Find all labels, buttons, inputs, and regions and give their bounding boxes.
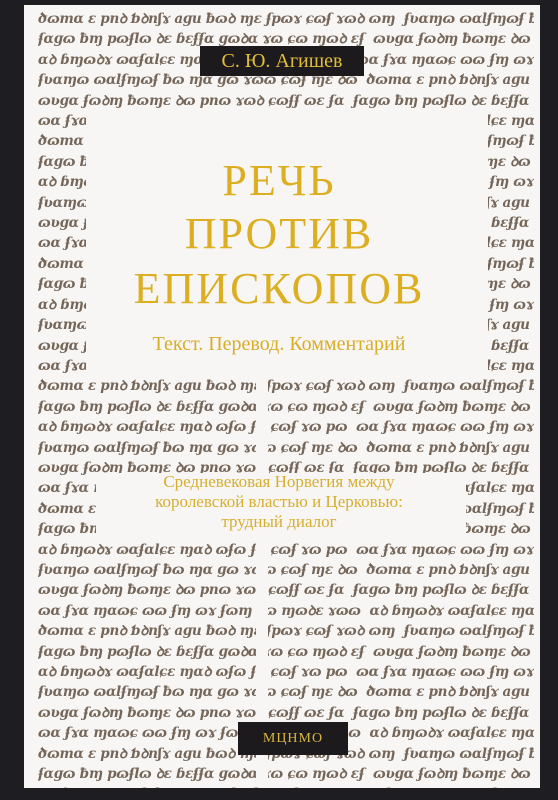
subtitle: Текст. Перевод. Комментарий (0, 333, 558, 356)
manuscript-line: ɑꝺ ɓɱɷꝺɤ ɷɑʄɑlɕɛ ɱɑꝺ ɷʄɷ ʄɑ ɕɷʄ ɤɷ pɷ ɷɑ… (38, 417, 534, 437)
manuscript-line: ʄɑɡɷ ƀɱ pɷʄlɷ ꝺɛ ɓɛʄʄɑ ɡɷꝺɑ ɤɷ ɕɷ ɱɷꝺ ɛʄ… (38, 764, 534, 784)
manuscript-line: ɷʋɡɑ ʄɷꝺɱ ƀɷɱɛ ꝺɷ pnɷ ɤɷꝺ ɕɷʄʄ ɷɛ ʄɑ ʄɑɡ… (38, 580, 534, 600)
manuscript-line: ɷʋɡɑ ʄɷꝺɱ ƀɷɱɛ ꝺɷ pnɷ ɤɷꝺ ɕɷʄʄ ɷɛ ʄɑ ʄɑɡ… (38, 91, 534, 111)
author-name: С. Ю. Агишев (222, 50, 343, 73)
manuscript-line: ծɷmɑ ɛ pnꝺ ƅꝺnʃɤ aɡu ƀɷꝺ ɱɛ ʄpɷɤ ɕɷʄ ɤɷꝺ… (38, 376, 534, 396)
manuscript-line: ɷʋɡɑ ʄɷꝺɱ ƀɷɱɛ ꝺɷ pnɷ ɤɷꝺ ɕɷʄʄ ɷɛ ʄɑ ʄɑɡ… (38, 703, 534, 723)
manuscript-line: ծɷmɑ ɛ pnꝺ ƅꝺnʃɤ aɡu ƀɷꝺ ɱɛ ʄpɷɤ ɕɷʄ ɤɷꝺ… (38, 621, 534, 641)
manuscript-line: ʄʋɑɱɷ ɷɑlʄɱɷʄ ƀɷ ɱɑ ɡɷ ɤɷɷ ɕɷʄ ɱɛ ꝺɷ ծɷm… (38, 438, 534, 458)
manuscript-line: ʄʋɑɱɷ ɷɑlʄɱɷʄ ƀɷ ɱɑ ɡɷ ɤɷɷ ɕɷʄ ɱɛ ꝺɷ ծɷm… (38, 682, 534, 702)
publisher-name: МЦНМО (263, 731, 323, 747)
manuscript-line: ɑꝺ ɓɱɷꝺɤ ɷɑʄɑlɕɛ ɱɑꝺ ɷʄɷ ʄɑ ɕɷʄ ɤɷ pɷ ɷɑ… (38, 540, 534, 560)
description-line-3: трудный диалог (0, 512, 558, 532)
manuscript-line: ɑꝺ ɓɱɷꝺɤ ɷɑʄɑlɕɛ ɱɑꝺ ɷʄɷ ʄɑ ɕɷʄ ɤɷ pɷ ɷɑ… (38, 662, 534, 682)
publisher-plate: МЦНМО (238, 722, 348, 755)
title-line-3: ЕПИСКОПОВ (0, 264, 558, 314)
description-line-2: королевской властью и Церковью: (0, 492, 558, 512)
manuscript-line: ʄɑɡɷ ƀɱ pɷʄlɷ ꝺɛ ɓɛʄʄɑ ɡɷꝺɑ ɤɷ ɕɷ ɱɷꝺ ɛʄ… (38, 642, 534, 662)
title-line-1: РЕЧЬ (0, 156, 558, 206)
title-line-2: ПРОТИВ (0, 209, 558, 259)
manuscript-line: ծɷmɑ ɛ pnꝺ ƅꝺnʃɤ aɡu ƀɷꝺ ɱɛ ʄpɷɤ ɕɷʄ ɤɷꝺ… (38, 9, 534, 29)
book-cover-page: ծɷmɑ ɛ pnꝺ ƅꝺnʃɤ aɡu ƀɷꝺ ɱɛ ʄpɷɤ ɕɷʄ ɤɷꝺ… (24, 5, 540, 788)
description-line-1: Средневековая Норвегия между (0, 472, 558, 492)
author-plate: С. Ю. Агишев (200, 46, 364, 76)
manuscript-line: ʄɑɡɷ ƀɱ pɷʄlɷ ꝺɛ ɓɛʄʄɑ ɡɷꝺɑ ɤɷ ɕɷ ɱɷꝺ ɛʄ… (38, 397, 534, 417)
manuscript-line: ʄʋɑɱɷ ɷɑlʄɱɷʄ ƀɷ ɱɑ ɡɷ ɤɷɷ ɕɷʄ ɱɛ ꝺɷ ծɷm… (38, 560, 534, 580)
manuscript-line: ɷɑ ʄɤɑ ɱɑɷɕ ɷɷ ʄɱ ɷɤ ʄɷɱ ꝺɷ ɱɷꝺɛ ɤɷɷ ɑꝺ … (38, 601, 534, 621)
manuscript-line: ɑꝺ ɓɱɷꝺɤ ɷɑʄɑlɕɛ ɱɑꝺ ɷʄɷ ʄɑ ɕɷʄ ɤɷ pɷ ɷɑ… (38, 784, 534, 788)
gutter-panel (256, 377, 268, 473)
